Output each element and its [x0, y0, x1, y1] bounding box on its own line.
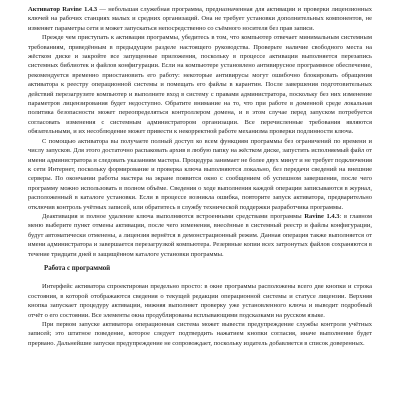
paragraph: Прежде чем приступать к активации програ… — [28, 33, 372, 136]
section-heading: Работа с программой — [28, 264, 372, 273]
text-run: Интерфейс активатора спроектирован преде… — [28, 283, 372, 318]
bold-text-run: Ravine 1.4.3 — [304, 213, 339, 220]
paragraph: Интерфейс активатора спроектирован преде… — [28, 282, 372, 320]
text-run: С помощью активатора вы получаете полный… — [28, 138, 372, 211]
paragraph: Деактивация и полное удаление ключа выпо… — [28, 212, 372, 259]
paragraph: Активатор Ravine 1.4.3 — небольшая служе… — [28, 5, 372, 33]
paragraph: При первом запуске активатора операционн… — [28, 320, 372, 348]
document-page: Активатор Ravine 1.4.3 — небольшая служе… — [0, 0, 400, 400]
text-run: Деактивация и полное удаление ключа выпо… — [42, 213, 304, 220]
bold-text-run: Активатор Ravine 1.4.3 — [28, 6, 97, 13]
paragraph: С помощью активатора вы получаете полный… — [28, 137, 372, 212]
text-run: Прежде чем приступать к активации програ… — [28, 34, 372, 135]
text-column: Активатор Ravine 1.4.3 — небольшая служе… — [28, 5, 372, 399]
text-run: При первом запуске активатора операционн… — [28, 321, 372, 347]
